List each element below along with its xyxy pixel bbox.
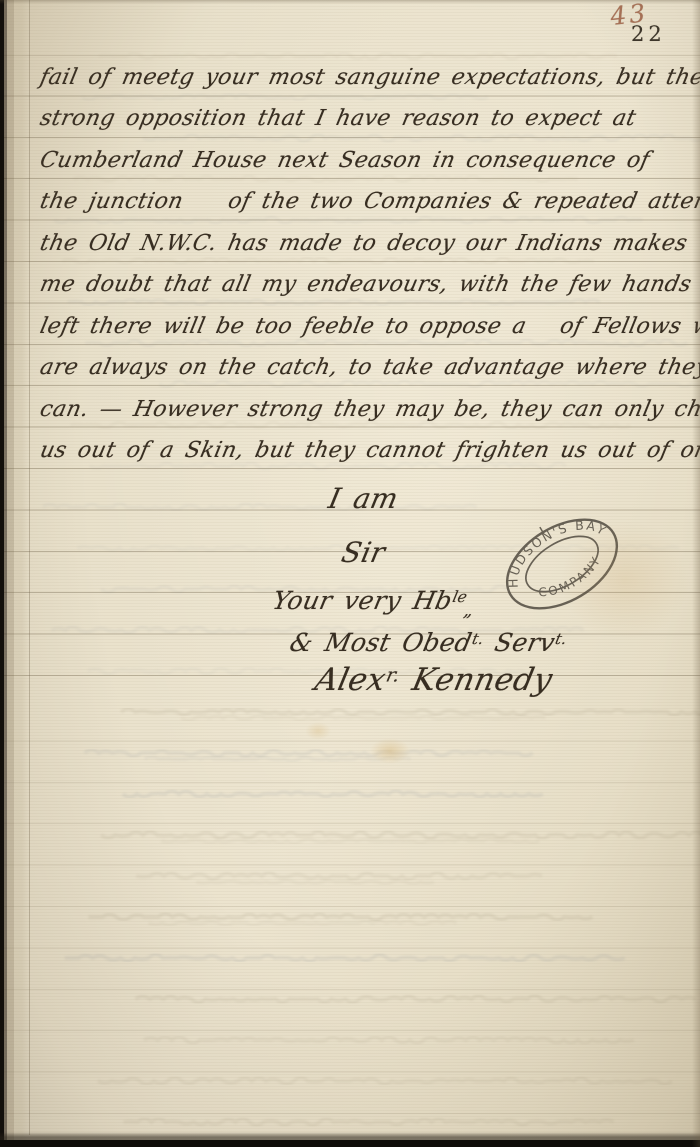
ruled-lines-lower — [0, 700, 700, 1140]
svg-text:HUDSON'S BAY: HUDSON'S BAY — [490, 499, 614, 595]
letter-line: left there will be too feeble to oppose … — [36, 307, 700, 347]
letter-line: us out of a Skin, but they cannot fright… — [36, 431, 700, 471]
closing-obed-text: & Most Obed — [287, 628, 475, 657]
paper-stain — [305, 722, 331, 740]
binding-edge — [0, 0, 28, 1147]
closing-your-very-humble: Your very Hble„ — [220, 586, 527, 621]
svg-text:COMPANY: COMPANY — [532, 549, 609, 608]
stamp-text-top: HUDSON'S BAY — [490, 499, 614, 595]
paper-stain — [370, 738, 410, 764]
page-number: 22 — [631, 22, 666, 46]
closing-hble-text: Your very Hb — [270, 586, 455, 615]
signature-last-name: Kennedy — [395, 662, 556, 698]
letter-line: are always on the catch, to take advanta… — [36, 348, 700, 388]
hbc-oval-stamp: HUDSON'S BAY COMPANY — [486, 492, 636, 637]
letter-line: fail of meetg your most sanguine expecta… — [36, 58, 700, 98]
signature-first-name: Alex — [312, 662, 389, 698]
signature-alex-kennedy: Alexr. Kennedy — [245, 662, 623, 698]
letter-line: strong opposition that I have reason to … — [36, 99, 640, 139]
page-right-edge — [692, 0, 700, 1147]
page-top-edge — [0, 0, 700, 4]
letter-line: Cumberland House next Season in conseque… — [36, 141, 653, 181]
letter-line: the junction of the two Companies & repe… — [36, 182, 700, 222]
manuscript-page: 43 22 fail of meetg your most sanguine e… — [0, 0, 700, 1147]
letter-line: me doubt that all my endeavours, with th… — [36, 265, 695, 305]
stamp-text-bottom: COMPANY — [532, 549, 609, 608]
closing-sir: Sir — [250, 536, 477, 569]
margin-rule — [29, 0, 30, 1135]
letter-line: can. — However strong they may be, they … — [36, 390, 700, 430]
ruled-line — [0, 55, 700, 56]
closing-i-am: I am — [250, 482, 477, 515]
page-bottom-edge — [0, 1132, 700, 1147]
letter-line: the Old N.W.C. has made to decoy our Ind… — [36, 224, 691, 264]
